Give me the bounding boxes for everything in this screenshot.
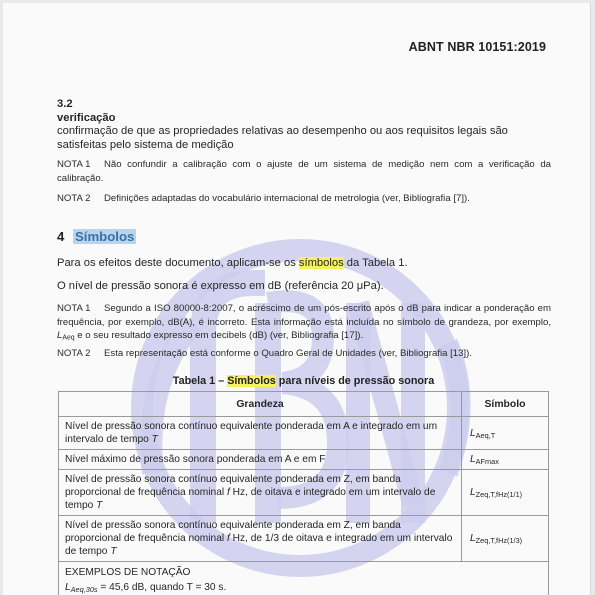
note-text: Esta representação está conforme o Quadr… [104, 348, 472, 359]
clause-note-2: NOTA 2Definições adaptadas do vocabulári… [57, 192, 551, 206]
note-text: Segundo a ISO 80000-8:2007, o acréscimo … [57, 303, 551, 328]
examples-row: EXEMPLOS DE NOTAÇÃOLAeq,30s = 45,6 dB, q… [59, 562, 549, 595]
note-label: NOTA 1 [57, 302, 104, 316]
clause-number: 3.2 [57, 97, 73, 111]
section-heading: 4Símbolos [57, 229, 136, 244]
note-text: Não confundir a calibração com o ajuste … [57, 159, 551, 184]
section-note-1: NOTA 1Segundo a ISO 80000-8:2007, o acré… [57, 302, 551, 343]
note-label: NOTA 2 [57, 192, 104, 206]
note-label: NOTA 1 [57, 158, 104, 172]
note-text: e o seu resultado expresso em decibels (… [75, 330, 364, 341]
table-row: Nível máximo de pressão sonora ponderada… [59, 450, 549, 470]
symbol-l-aeq: LAeq [57, 330, 75, 341]
document-page: ABNT NBR 10151:2019 3.2 verificação conf… [3, 3, 591, 595]
section-number: 4 [57, 229, 73, 244]
clause-note-1: NOTA 1Não confundir a calibração com o a… [57, 158, 551, 185]
grandeza-cell: Nível de pressão sonora contínuo equival… [59, 470, 462, 516]
table-header-row: Grandeza Símbolo [59, 392, 549, 417]
section-paragraph-1: Para os efeitos deste documento, aplicam… [57, 256, 408, 270]
section-title: Símbolos [73, 229, 136, 244]
note-text: Definições adaptadas do vocabulário inte… [104, 193, 470, 204]
examples-cell: EXEMPLOS DE NOTAÇÃOLAeq,30s = 45,6 dB, q… [59, 562, 549, 595]
table-caption: Tabela 1 – Símbolos para níveis de press… [58, 375, 549, 387]
symbol-cell: LZeq,T,fHz(1/3) [462, 516, 549, 562]
table-row: Nível de pressão sonora contínuo equival… [59, 470, 549, 516]
note-label: NOTA 2 [57, 347, 104, 361]
caption-text: para níveis de pressão sonora [276, 375, 434, 387]
symbol-cell: LAeq,T [462, 417, 549, 450]
document-content: ABNT NBR 10151:2019 3.2 verificação conf… [3, 3, 590, 595]
grandeza-cell: Nível de pressão sonora contínuo equival… [59, 516, 462, 562]
grandeza-cell: Nível máximo de pressão sonora ponderada… [59, 450, 462, 470]
symbol-cell: LZeq,T,fHz(1/1) [462, 470, 549, 516]
table-row: Nível de pressão sonora contínuo equival… [59, 516, 549, 562]
standard-code-header: ABNT NBR 10151:2019 [409, 40, 546, 54]
section-paragraph-2: O nível de pressão sonora é expresso em … [57, 279, 384, 293]
examples-title: EXEMPLOS DE NOTAÇÃO [65, 565, 542, 580]
column-header-simbolo: Símbolo [462, 392, 549, 417]
paragraph-text: Para os efeitos deste documento, aplicam… [57, 257, 299, 269]
symbol-cell: LAFmax [462, 450, 549, 470]
caption-text: Tabela 1 – [173, 375, 227, 387]
column-header-grandeza: Grandeza [59, 392, 462, 417]
table-row: Nível de pressão sonora contínuo equival… [59, 417, 549, 450]
section-note-2: NOTA 2Esta representação está conforme o… [57, 347, 551, 361]
grandeza-cell: Nível de pressão sonora contínuo equival… [59, 417, 462, 450]
clause-term: verificação [57, 111, 115, 125]
example-notation: LAeq,30s = 45,6 dB, quando T = 30 s. [65, 580, 542, 595]
clause-definition: confirmação de que as propriedades relat… [57, 124, 551, 152]
symbols-table: Grandeza Símbolo Nível de pressão sonora… [58, 391, 549, 595]
paragraph-text: da Tabela 1. [344, 257, 408, 269]
highlighted-term: Símbolos [227, 375, 276, 387]
highlighted-term: símbolos [299, 257, 344, 269]
